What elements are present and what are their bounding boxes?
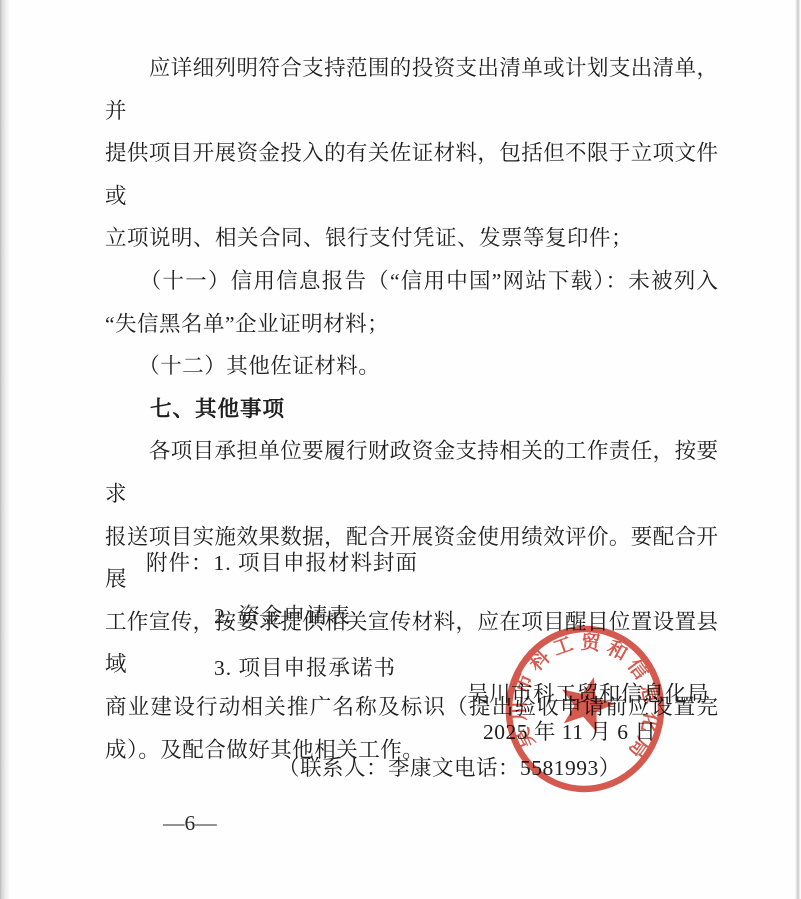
body-line: 应详细列明符合支持范围的投资支出清单或计划支出清单，并: [105, 47, 718, 132]
body-line: 各项目承担单位要履行财政资金支持相关的工作责任，按要求: [105, 430, 718, 515]
body-line: 立项说明、相关合同、银行支付凭证、发票等复印件；: [105, 217, 718, 260]
section-heading: 七、其他事项: [105, 388, 718, 431]
body-line: （十二）其他佐证材料。: [105, 345, 718, 388]
body-line: （十一）信用信息报告（“信用中国”网站下载）：未被列入: [105, 260, 718, 303]
page-number: —6—: [163, 811, 217, 836]
attachment-item-1: 1. 项目申报材料封面: [214, 551, 419, 575]
attachments-block: 附件：1. 项目申报材料封面 2. 资金申请表 3. 项目申报承诺书: [146, 537, 418, 695]
body-line: “失信黑名单”企业证明材料；: [105, 303, 718, 346]
scan-edge-left: [0, 0, 10, 899]
document-page: 应详细列明符合支持范围的投资支出清单或计划支出清单，并 提供项目开展资金投入的有…: [0, 0, 801, 899]
attachments-label: 附件：: [146, 551, 214, 575]
contact-line: （联系人：李康文电话：5581993）: [278, 751, 621, 782]
attachment-item: 附件：1. 项目申报材料封面: [146, 537, 418, 590]
scan-edge-right: [795, 0, 801, 899]
signature-date: 2025 年 11 月 6 日: [483, 715, 656, 746]
attachment-item-2: 2. 资金申请表: [214, 590, 418, 643]
body-line: 提供项目开展资金投入的有关佐证材料，包括但不限于立项文件或: [105, 132, 718, 217]
signature-org-name: 吴川市科工贸和信息化局: [467, 677, 709, 708]
attachment-item-3: 3. 项目申报承诺书: [214, 642, 418, 695]
